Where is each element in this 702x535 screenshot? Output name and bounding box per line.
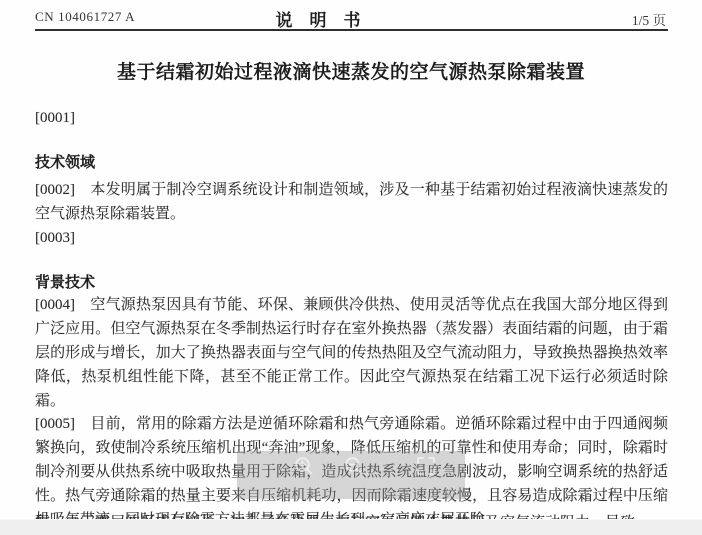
section-heading-background-art: 背景技术 <box>35 271 668 295</box>
page-indicator: 1/5 页 <box>632 9 666 29</box>
bottom-bar <box>0 519 702 535</box>
section-heading-technical-field: 技术领域 <box>35 151 668 175</box>
paragraph-0002: [0002] 本发明属于制冷空调系统设计和制造领域，涉及一种基于结霜初始过程液滴… <box>35 178 668 226</box>
paragraph-0003: [0003] <box>35 226 668 250</box>
paragraph-0004: [0004] 空气源热泵因具有节能、环保、兼顾供冷供热、使用灵活等优点在我国大部… <box>35 293 668 413</box>
paragraph-0001: [0001] <box>35 106 668 130</box>
header-divider <box>35 29 668 31</box>
viewer-toolbar-overlay <box>237 451 465 499</box>
zoom-in-icon[interactable] <box>293 455 315 477</box>
page-title: 基于结霜初始过程液滴快速蒸发的空气源热泵除霜装置 <box>0 57 702 84</box>
document-type-label: 说 明 书 <box>0 6 636 31</box>
fullscreen-icon[interactable] <box>415 455 437 477</box>
zoom-out-icon[interactable] <box>343 455 365 477</box>
